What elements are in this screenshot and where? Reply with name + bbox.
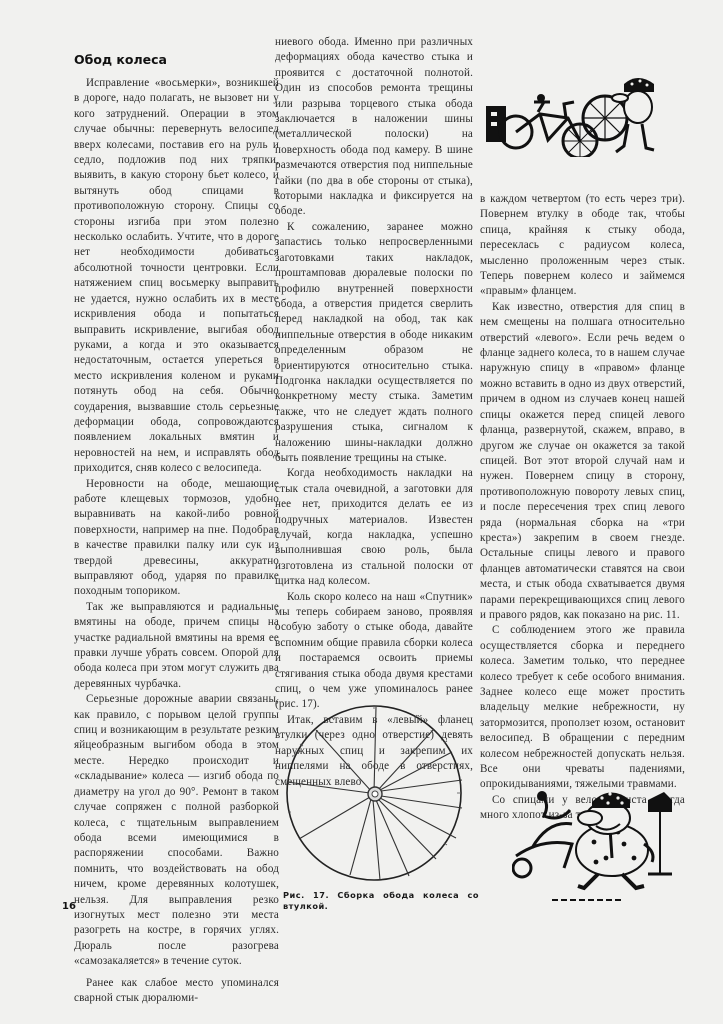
paragraph: К сожалению, заранее можно запастись тол… bbox=[275, 220, 473, 467]
figure-caption: Рис. 17. Сборка обода колеса со втулкой. bbox=[283, 890, 479, 912]
paragraph: ниевого обода. Именно при различных дефо… bbox=[275, 35, 473, 220]
paragraph: С соблюдением этого же правила осуществл… bbox=[480, 623, 685, 792]
paragraph: в каждом четвертом (то есть через три). … bbox=[480, 192, 685, 300]
wheel-spoke-diagram bbox=[284, 702, 466, 889]
paragraph: Серьезные дорожные аварии связаны, как п… bbox=[74, 692, 279, 969]
article-title: Обод колеса bbox=[74, 52, 167, 67]
paragraph: Так же выправляются и радиальные вмятины… bbox=[74, 600, 279, 692]
cartoon-man-carrying-wheel bbox=[478, 62, 658, 162]
paragraph: Ранее как слабое место упоминался сварно… bbox=[74, 976, 279, 1007]
wheel-icon bbox=[284, 702, 466, 884]
paragraph: Как известно, отверстия для спиц в нем с… bbox=[480, 300, 685, 624]
cartoon-man-walking-bicycle bbox=[512, 788, 677, 908]
page-number: 16 bbox=[62, 901, 76, 912]
bicycle-illustration-icon bbox=[478, 62, 658, 157]
paragraph: Неровности на ободе, мешающие работе кле… bbox=[74, 477, 279, 600]
text-column-1: Исправление «восьмерки», возникшей в дор… bbox=[74, 76, 279, 1006]
paragraph: Когда необходимость накладки на стык ста… bbox=[275, 466, 473, 589]
paragraph: Коль скоро колесо на наш «Спутник» мы те… bbox=[275, 590, 473, 713]
text-column-3: в каждом четвертом (то есть через три). … bbox=[480, 192, 685, 824]
text-column-2: ниевого обода. Именно при различных дефо… bbox=[275, 35, 473, 790]
cyclist-illustration-icon bbox=[512, 788, 677, 903]
paragraph: Исправление «восьмерки», возникшей в дор… bbox=[74, 76, 279, 477]
